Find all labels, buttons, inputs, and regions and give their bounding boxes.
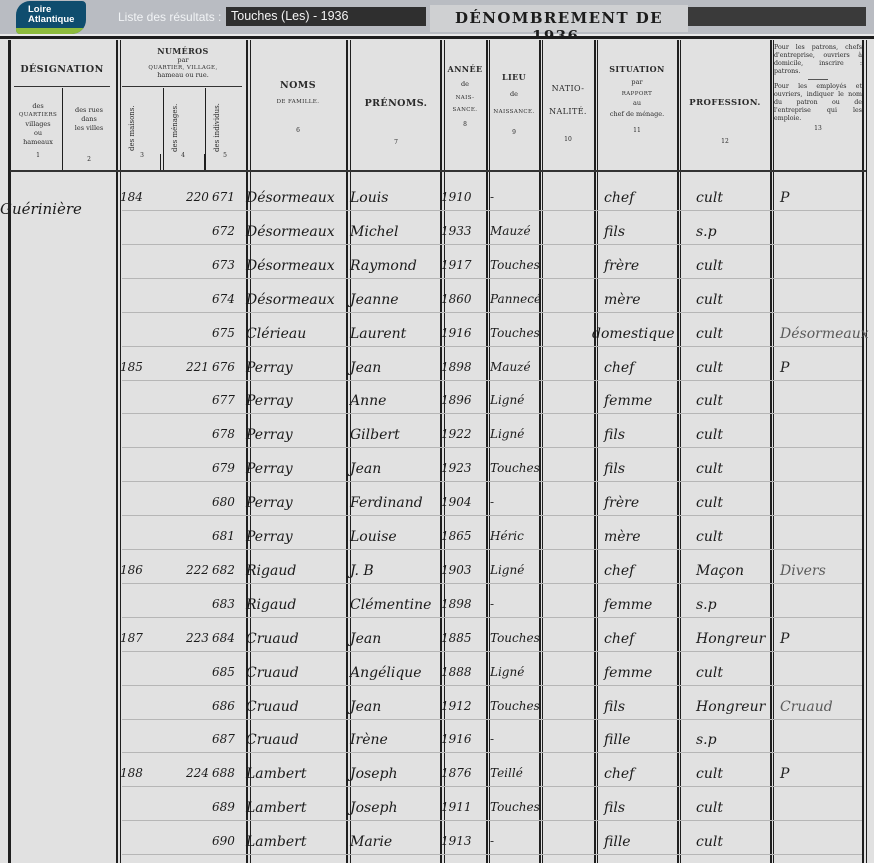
cell-menage: 220 bbox=[186, 190, 209, 204]
column-rule bbox=[346, 40, 348, 863]
cell-profession: cult bbox=[696, 800, 723, 816]
cell-annee: 1923 bbox=[441, 461, 472, 475]
ruled-line bbox=[122, 854, 862, 855]
ruled-line bbox=[122, 447, 862, 448]
header-col4-num: 4 bbox=[163, 152, 203, 159]
header-nationalite: NATIO- NALITÉ. 10 bbox=[542, 84, 594, 143]
header-col4: des ménages. bbox=[171, 98, 179, 158]
cell-individu: 684 bbox=[212, 631, 235, 645]
locality-name: Guérinière bbox=[0, 200, 82, 218]
cell-annee: 1888 bbox=[441, 665, 472, 679]
cell-individu: 673 bbox=[212, 258, 235, 272]
cell-individu: 671 bbox=[212, 190, 235, 204]
cell-patron: Cruaud bbox=[780, 699, 833, 715]
cell-individu: 678 bbox=[212, 427, 235, 441]
cell-patron: Divers bbox=[780, 563, 826, 579]
cell-annee: 1910 bbox=[441, 190, 472, 204]
cell-profession: cult bbox=[696, 529, 723, 545]
cell-situation: fils bbox=[604, 427, 625, 443]
cell-individu: 687 bbox=[212, 732, 235, 746]
header-col3-num: 3 bbox=[122, 152, 162, 159]
cell-profession: cult bbox=[696, 495, 723, 511]
header-designation: DÉSIGNATION bbox=[14, 64, 110, 75]
ruled-line bbox=[122, 685, 862, 686]
cell-lieu: Héric bbox=[490, 529, 524, 543]
header-noms: NOMS DE FAMILLE. 6 bbox=[250, 80, 346, 134]
cell-annee: 1916 bbox=[441, 326, 472, 340]
cell-prenom: Jean bbox=[350, 461, 381, 477]
logo-text-line2: Atlantique bbox=[28, 15, 86, 25]
cell-individu: 690 bbox=[212, 834, 235, 848]
cell-annee: 1904 bbox=[441, 495, 472, 509]
ruled-line bbox=[122, 651, 862, 652]
header-lieu: LIEU de NAISSANCE. 9 bbox=[489, 72, 539, 136]
cell-annee: 1917 bbox=[441, 258, 472, 272]
cell-profession: s.p bbox=[696, 597, 717, 613]
cell-situation: frère bbox=[604, 258, 639, 274]
cell-annee: 1916 bbox=[441, 732, 472, 746]
cell-individu: 686 bbox=[212, 699, 235, 713]
cell-prenom: Jean bbox=[350, 631, 381, 647]
column-rule bbox=[773, 40, 774, 863]
cell-situation: mère bbox=[604, 529, 641, 545]
cell-individu: 675 bbox=[212, 326, 235, 340]
cell-lieu: - bbox=[490, 732, 494, 746]
ruled-line bbox=[122, 583, 862, 584]
cell-profession: cult bbox=[696, 461, 723, 477]
cell-annee: 1898 bbox=[441, 597, 472, 611]
header-numeros: NUMÉROS par QUARTIER, VILLAGE, hameau ou… bbox=[120, 46, 246, 80]
header-col5-num: 5 bbox=[205, 152, 245, 159]
cell-situation: chef bbox=[604, 360, 634, 376]
cell-menage: 222 bbox=[186, 563, 209, 577]
cell-nom: Désormeaux bbox=[246, 224, 335, 240]
cell-individu: 688 bbox=[212, 766, 235, 780]
cell-profession: Hongreur bbox=[696, 699, 765, 715]
page-selector-field[interactable] bbox=[688, 7, 866, 26]
cell-annee: 1912 bbox=[441, 699, 472, 713]
column-rule bbox=[10, 40, 11, 863]
cell-profession: cult bbox=[696, 360, 723, 376]
cell-annee: 1876 bbox=[441, 766, 472, 780]
cell-situation: femme bbox=[604, 597, 652, 613]
ruled-line bbox=[122, 617, 862, 618]
cell-lieu: Ligné bbox=[490, 427, 524, 441]
top-bar: Loire Atlantique Liste des résultats : T… bbox=[0, 0, 874, 36]
page-top-edge bbox=[0, 36, 874, 39]
cell-nom: Cruaud bbox=[246, 665, 299, 681]
cell-maison: 185 bbox=[120, 360, 143, 374]
designation-rule bbox=[14, 86, 110, 87]
cell-nom: Cruaud bbox=[246, 732, 299, 748]
cell-profession: cult bbox=[696, 292, 723, 308]
cell-prenom: Jean bbox=[350, 699, 381, 715]
cell-nom: Désormeaux bbox=[246, 190, 335, 206]
cell-profession: cult bbox=[696, 393, 723, 409]
cell-nom: Désormeaux bbox=[246, 292, 335, 308]
cell-lieu: - bbox=[490, 597, 494, 611]
logo-swoosh-icon bbox=[16, 28, 86, 34]
header-situation: SITUATION par RAPPORT au chef de ménage.… bbox=[597, 64, 677, 134]
cell-individu: 685 bbox=[212, 665, 235, 679]
cell-situation: fille bbox=[604, 834, 631, 850]
cell-prenom: Jeanne bbox=[350, 292, 399, 308]
cell-nom: Lambert bbox=[246, 766, 306, 782]
ruled-line bbox=[122, 312, 862, 313]
cell-profession: cult bbox=[696, 190, 723, 206]
results-list-select[interactable]: Touches (Les) - 1936 bbox=[226, 7, 426, 26]
numeros-rule bbox=[122, 86, 242, 87]
cell-profession: s.p bbox=[696, 224, 717, 240]
cell-nom: Lambert bbox=[246, 834, 306, 850]
cell-individu: 689 bbox=[212, 800, 235, 814]
cell-situation: chef bbox=[604, 631, 634, 647]
cell-lieu: Pannecé bbox=[490, 292, 541, 306]
cell-annee: 1911 bbox=[441, 800, 472, 814]
column-rule bbox=[770, 40, 772, 863]
cell-nom: Perray bbox=[246, 529, 293, 545]
header-col2: des ruesdansles villes 2 bbox=[64, 106, 114, 164]
cell-nom: Perray bbox=[246, 427, 293, 443]
cell-individu: 677 bbox=[212, 393, 235, 407]
cell-annee: 1898 bbox=[441, 360, 472, 374]
cell-annee: 1922 bbox=[441, 427, 472, 441]
cell-situation: chef bbox=[604, 766, 634, 782]
cell-nom: Clérieau bbox=[246, 326, 306, 342]
header-profession: PROFESSION. 12 bbox=[680, 98, 770, 145]
cell-maison: 186 bbox=[120, 563, 143, 577]
cell-annee: 1885 bbox=[441, 631, 472, 645]
cell-patron: P bbox=[780, 360, 789, 376]
cell-prenom: Marie bbox=[350, 834, 392, 850]
column-rule bbox=[163, 88, 164, 170]
cell-prenom: Joseph bbox=[350, 800, 398, 816]
cell-patron: Désormeaux bbox=[780, 326, 869, 342]
cell-annee: 1933 bbox=[441, 224, 472, 238]
ruled-line bbox=[122, 515, 862, 516]
cell-lieu: Mauzé bbox=[490, 360, 531, 374]
cell-prenom: Jean bbox=[350, 360, 381, 376]
cell-maison: 184 bbox=[120, 190, 143, 204]
cell-individu: 682 bbox=[212, 563, 235, 577]
header-col5: des individus. bbox=[213, 96, 221, 160]
cell-lieu: Touches bbox=[490, 631, 540, 645]
cell-lieu: Touches bbox=[490, 326, 540, 340]
cell-profession: Maçon bbox=[696, 563, 744, 579]
cell-situation: frère bbox=[604, 495, 639, 511]
cell-individu: 676 bbox=[212, 360, 235, 374]
header-patron-instructions: Pour les patrons, chefs d'entreprise, ou… bbox=[774, 44, 862, 133]
cell-patron: P bbox=[780, 190, 789, 206]
cell-nom: Perray bbox=[246, 360, 293, 376]
header-col3: des maisons. bbox=[128, 98, 136, 158]
cell-prenom: Raymond bbox=[350, 258, 417, 274]
cell-lieu: Touches bbox=[490, 258, 540, 272]
ruled-line bbox=[122, 244, 862, 245]
header-prenoms: PRÉNOMS. 7 bbox=[350, 98, 442, 146]
cell-prenom: Ferdinand bbox=[350, 495, 423, 511]
cell-prenom: Louis bbox=[350, 190, 388, 206]
cell-lieu: Teillé bbox=[490, 766, 523, 780]
cell-profession: cult bbox=[696, 766, 723, 782]
cell-profession: cult bbox=[696, 258, 723, 274]
cell-profession: cult bbox=[696, 427, 723, 443]
cell-situation: chef bbox=[604, 190, 634, 206]
cell-profession: Hongreur bbox=[696, 631, 765, 647]
cell-individu: 683 bbox=[212, 597, 235, 611]
cell-lieu: Touches bbox=[490, 800, 540, 814]
cell-situation: femme bbox=[604, 665, 652, 681]
column-rule bbox=[862, 40, 864, 863]
header-bottom-rule bbox=[10, 170, 866, 172]
cell-nom: Perray bbox=[246, 495, 293, 511]
cell-maison: 188 bbox=[120, 766, 143, 780]
header-annee: ANNÉE de NAIS- SANCE. 8 bbox=[444, 64, 486, 128]
cell-menage: 224 bbox=[186, 766, 209, 780]
column-rule bbox=[120, 40, 121, 863]
column-rule bbox=[116, 40, 118, 863]
column-rule bbox=[594, 40, 596, 863]
cell-annee: 1865 bbox=[441, 529, 472, 543]
ruled-line bbox=[122, 719, 862, 720]
cell-nom: Rigaud bbox=[246, 597, 296, 613]
ruled-line bbox=[122, 820, 862, 821]
column-rule bbox=[542, 40, 543, 863]
cell-nom: Désormeaux bbox=[246, 258, 335, 274]
cell-nom: Cruaud bbox=[246, 631, 299, 647]
cell-lieu: - bbox=[490, 495, 494, 509]
column-rule bbox=[677, 40, 679, 863]
cell-individu: 679 bbox=[212, 461, 235, 475]
ruled-line bbox=[122, 210, 862, 211]
cell-situation: femme bbox=[604, 393, 652, 409]
loire-atlantique-logo[interactable]: Loire Atlantique bbox=[16, 1, 86, 34]
header-col1: desQUARTIERS villagesouhameaux 1 bbox=[14, 102, 62, 160]
ruled-line bbox=[122, 278, 862, 279]
cell-prenom: Anne bbox=[350, 393, 386, 409]
cell-annee: 1860 bbox=[441, 292, 472, 306]
cell-annee: 1913 bbox=[441, 834, 472, 848]
cell-lieu: Touches bbox=[490, 699, 540, 713]
cell-patron: P bbox=[780, 631, 789, 647]
cell-individu: 681 bbox=[212, 529, 235, 543]
cell-lieu: - bbox=[490, 834, 494, 848]
cell-situation: chef bbox=[604, 563, 634, 579]
cell-maison: 187 bbox=[120, 631, 143, 645]
cell-prenom: J. B bbox=[350, 563, 374, 579]
cell-lieu: Ligné bbox=[490, 665, 524, 679]
document-title: DÉNOMBREMENT DE 1936. bbox=[430, 5, 688, 32]
ruled-line bbox=[122, 380, 862, 381]
results-list-label: Liste des résultats : bbox=[118, 10, 221, 24]
cell-nom: Lambert bbox=[246, 800, 306, 816]
cell-prenom: Irène bbox=[350, 732, 388, 748]
cell-prenom: Gilbert bbox=[350, 427, 400, 443]
census-register-page: DÉSIGNATION desQUARTIERS villagesouhamea… bbox=[0, 36, 874, 863]
cell-situation: fille bbox=[604, 732, 631, 748]
cell-annee: 1903 bbox=[441, 563, 472, 577]
cell-annee: 1896 bbox=[441, 393, 472, 407]
cell-profession: cult bbox=[696, 834, 723, 850]
column-rule bbox=[866, 40, 867, 863]
column-rule bbox=[486, 40, 488, 863]
column-rule bbox=[62, 88, 63, 170]
cell-nom: Perray bbox=[246, 461, 293, 477]
cell-prenom: Louise bbox=[350, 529, 397, 545]
column-rule bbox=[539, 40, 541, 863]
cell-situation: fils bbox=[604, 224, 625, 240]
cell-menage: 221 bbox=[186, 360, 209, 374]
cell-situation: fils bbox=[604, 800, 625, 816]
cell-patron: P bbox=[780, 766, 789, 782]
column-rule bbox=[680, 40, 681, 863]
cell-prenom: Michel bbox=[350, 224, 398, 240]
cell-nom: Perray bbox=[246, 393, 293, 409]
cell-situation: fils bbox=[604, 699, 625, 715]
ruled-line bbox=[122, 346, 862, 347]
cell-profession: s.p bbox=[696, 732, 717, 748]
ruled-line bbox=[122, 786, 862, 787]
cell-profession: cult bbox=[696, 326, 723, 342]
ruled-line bbox=[122, 752, 862, 753]
cell-situation: fils bbox=[604, 461, 625, 477]
cell-lieu: Ligné bbox=[490, 563, 524, 577]
column-rule bbox=[160, 154, 161, 170]
cell-lieu: Mauzé bbox=[490, 224, 531, 238]
cell-situation: domestique bbox=[592, 326, 675, 342]
cell-situation: mère bbox=[604, 292, 641, 308]
cell-prenom: Joseph bbox=[350, 766, 398, 782]
cell-prenom: Laurent bbox=[350, 326, 406, 342]
cell-prenom: Clémentine bbox=[350, 597, 431, 613]
cell-profession: cult bbox=[696, 665, 723, 681]
column-rule bbox=[205, 88, 206, 170]
cell-prenom: Angélique bbox=[350, 665, 422, 681]
column-rule bbox=[597, 40, 598, 863]
cell-nom: Rigaud bbox=[246, 563, 296, 579]
cell-lieu: Ligné bbox=[490, 393, 524, 407]
cell-individu: 672 bbox=[212, 224, 235, 238]
cell-individu: 680 bbox=[212, 495, 235, 509]
ruled-line bbox=[122, 413, 862, 414]
cell-individu: 674 bbox=[212, 292, 235, 306]
cell-lieu: - bbox=[490, 190, 494, 204]
cell-nom: Cruaud bbox=[246, 699, 299, 715]
cell-lieu: Touches bbox=[490, 461, 540, 475]
ruled-line bbox=[122, 549, 862, 550]
ruled-line bbox=[122, 481, 862, 482]
cell-menage: 223 bbox=[186, 631, 209, 645]
